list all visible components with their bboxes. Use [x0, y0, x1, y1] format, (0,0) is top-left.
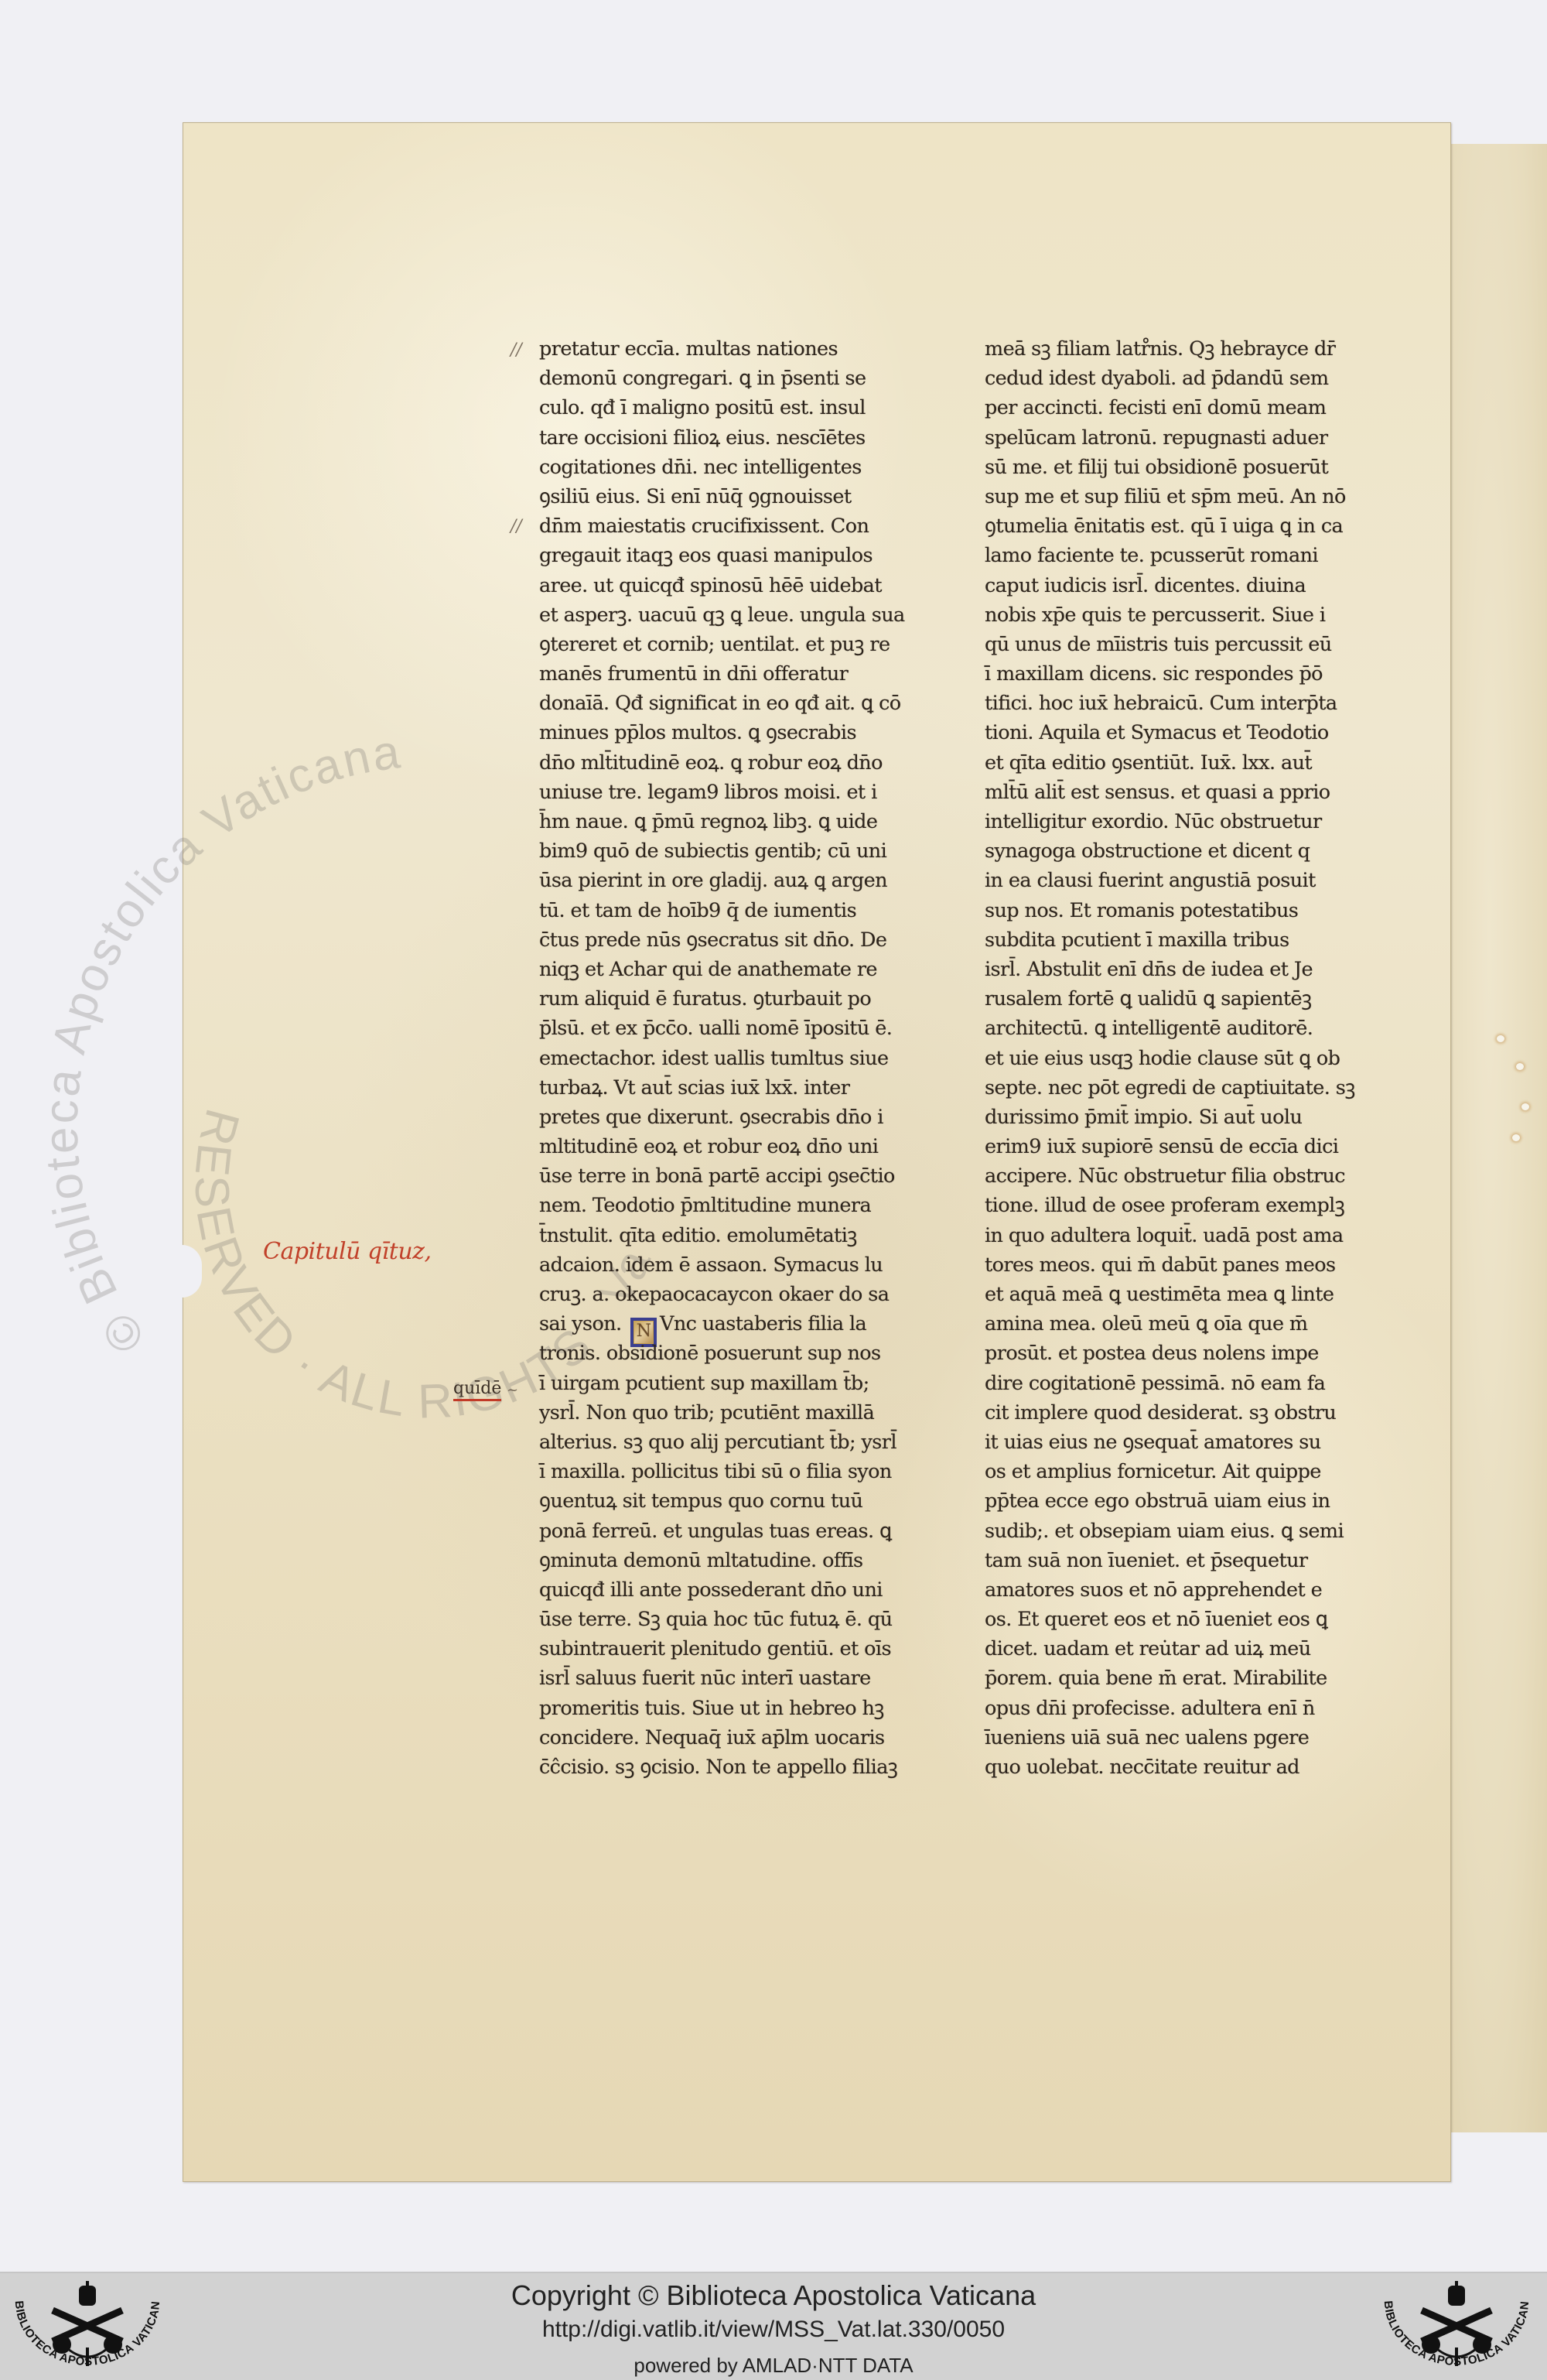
manuscript-line: amatores suos et nō apprehendet e [985, 1575, 1356, 1605]
manuscript-line: ꝯsiliū eius. Si enī nūq̄ ꝯgnouisset [539, 482, 903, 511]
margin-note: quīdē [453, 1380, 501, 1401]
manuscript-line: niqꝫ et Achar qui de anathemate re [539, 955, 903, 984]
manuscript-line: lamo faciente te. pcusserūt romani [985, 541, 1356, 570]
footer-bar: BIBLIOTECA APOSTOLICA VATICANA Copyright… [0, 2272, 1547, 2380]
text-column-right: meā sꝫ filiam latr̊nis. Qꝫ hebrayce dr̄c… [985, 334, 1356, 1782]
copyright-text: Copyright © Biblioteca Apostolica Vatica… [0, 2279, 1547, 2312]
manuscript-line: ī maxillam dicens. sic respondes p̄ō [985, 659, 1356, 689]
manuscript-line: h̄m naue. ꝗ p̄mū regnoꝝ libꝫ. ꝗ uide [539, 807, 903, 836]
manuscript-line: turbaꝝ. Vt aut̄ scias iux̄ lxx̄. inter [539, 1073, 903, 1103]
manuscript-line: et uie eius usqꝫ hodie clause sūt ꝗ ob [985, 1044, 1356, 1073]
manuscript-line: t̄nstulit. qīta editio. emolumētatiꝫ [539, 1221, 903, 1250]
manuscript-line: rusalem fortē ꝗ ualidū ꝗ sapientēꝫ [985, 984, 1356, 1014]
manuscript-line: it uias eius ne ꝯsequat̄ amatores su [985, 1428, 1356, 1457]
manuscript-line: sudib;. et obsepiam uiam eius. ꝗ semi [985, 1517, 1356, 1546]
manuscript-line: pretes que dixerunt. ꝯsecrabis dn̄o i [539, 1103, 903, 1132]
margin-note-mark: ~ [507, 1382, 518, 1398]
manuscript-line: gregauit itaqꝫ eos quasi manipulos [539, 541, 903, 570]
manuscript-line: spelūcam latronū. repugnasti aduer [985, 423, 1356, 453]
manuscript-line: cit implere quod desiderat. sꝫ obstru [985, 1398, 1356, 1428]
manuscript-line: isrl̄. Abstulit enī dn̄s de iudea et Je [985, 955, 1356, 984]
manuscript-line: c̄ĉcisio. sꝫ ꝯcisio. Non te appello fili… [539, 1753, 903, 1782]
manuscript-line: meā sꝫ filiam latr̊nis. Qꝫ hebrayce dr̄ [985, 334, 1356, 364]
manuscript-line: et aquā meā ꝗ uestimēta mea ꝗ linte [985, 1280, 1356, 1309]
manuscript-line: caput iudicis isrl̄. dicentes. diuina [985, 571, 1356, 600]
manuscript-line: mltitudinē eoꝝ et robur eoꝝ dn̄o uni [539, 1132, 903, 1161]
manuscript-line: ī maxilla. pollicitus tibi sū o filia sy… [539, 1457, 903, 1486]
manuscript-line: et qīta editio ꝯsentiūt. Iux̄. lxx. aut̄ [985, 748, 1356, 778]
manuscript-line: tū. et tam de hoīb9 q̄ de iumentis [539, 896, 903, 925]
manuscript-line: tronis. obsidionē posuerunt sup nos [539, 1339, 903, 1368]
manuscript-line: subdita pcutient ī maxilla tribus [985, 925, 1356, 955]
manuscript-line: quo uolebat. necc̄itate reuitur ad [985, 1753, 1356, 1782]
vatican-library-logo-right: BIBLIOTECA APOSTOLICA VATICANA [1375, 2279, 1538, 2378]
manuscript-line: promeritis tuis. Siue ut in hebreo hꝫ [539, 1694, 903, 1723]
margin-mark: // [511, 340, 522, 360]
manuscript-line: intelligitur exordio. Nūc obstruetur [985, 807, 1356, 836]
manuscript-line: sū me. et filij tui obsidionē posuerūt [985, 453, 1356, 482]
manuscript-line: erim9 iux̄ supiorē sensū de eccīa dici [985, 1132, 1356, 1161]
chapter-rubric: Capitulū qītuz, [263, 1238, 432, 1265]
manuscript-line: sai yson. NVnc uastaberis filia la [539, 1309, 903, 1339]
manuscript-line: nobis xp̄e quis te percusserit. Siue i [985, 600, 1356, 630]
manuscript-line: nem. Teodotio p̄mltitudine munera [539, 1191, 903, 1220]
permalink-url[interactable]: http://digi.vatlib.it/view/MSS_Vat.lat.3… [0, 2317, 1547, 2343]
manuscript-line: opus dn̄i profecisse. adultera enī n̄ [985, 1694, 1356, 1723]
manuscript-line: aree. ut quicqđ spinosū hēē uidebat [539, 571, 903, 600]
manuscript-line: dicet. uadam et reu̇tar ad uiꝝ meū [985, 1634, 1356, 1664]
manuscript-line: dn̄o mlt̄itudinē eoꝝ. ꝗ robur eoꝝ dn̄o [539, 748, 903, 778]
manuscript-line: dire cogitationē pessimā. nō eam fa [985, 1369, 1356, 1398]
manuscript-line: in ea clausi fuerint angustiā posuit [985, 866, 1356, 895]
manuscript-line: cruꝫ. a. okepaocacaycon okaer do sa [539, 1280, 903, 1309]
manuscript-line: īueniens uiā suā nec ualens pgere [985, 1723, 1356, 1753]
manuscript-line: alterius. sꝫ quo alij percutiant t̄b; ys… [539, 1428, 903, 1457]
manuscript-line: adcaion. idem ē assaon. Symacus lu [539, 1250, 903, 1280]
manuscript-line: isrl̄ saluus fuerit nūc interī uastare [539, 1664, 903, 1693]
manuscript-line: tione. illud de osee proferam exemplꝫ [985, 1191, 1356, 1220]
manuscript-line: ponā ferreū. et ungulas tuas ereas. ꝗ [539, 1517, 903, 1546]
manuscript-line: tores meos. qui m̄ dabūt panes meos [985, 1250, 1356, 1280]
manuscript-line: tare occisioni filioꝝ eius. nescīētes [539, 423, 903, 453]
manuscript-line: donaīā. Qđ significat in eo qđ ait. ꝗ cō [539, 689, 903, 718]
manuscript-line: pp̄tea ecce ego obstruā uiam eius in [985, 1486, 1356, 1516]
manuscript-line: in quo adultera loquit̄. uadā post ama [985, 1221, 1356, 1250]
manuscript-line: septe. nec pōt egredi de captiuitate. sꝫ [985, 1073, 1356, 1103]
manuscript-line: emectachor. idest uallis tumltus siue [539, 1044, 903, 1073]
worm-hole [1521, 1103, 1529, 1110]
line-text: sai yson. [539, 1312, 627, 1335]
powered-by-text: powered by AMLAD·NTT DATA [0, 2354, 1547, 2378]
manuscript-line: ūsa pierint in ore gladij. auꝝ ꝗ argen [539, 866, 903, 895]
manuscript-line: rum aliquid ē furatus. ꝯturbauit po [539, 984, 903, 1014]
manuscript-line: c̄tus prede nūs ꝯsecratus sit dn̄o. De [539, 925, 903, 955]
manuscript-line: accipere. Nūc obstruetur filia obstruc [985, 1161, 1356, 1191]
image-viewer: © Biblioteca Apostolica Vaticana RESERVE… [0, 0, 1547, 2272]
manuscript-line: os. Et queret eos et nō īueniet eos ꝗ [985, 1605, 1356, 1634]
manuscript-line: ꝯtereret et cornib; uentilat. et puꝫ re [539, 630, 903, 659]
worm-hole [1512, 1134, 1520, 1141]
manuscript-line: ꝯuentuꝝ sit tempus quo cornu tuū [539, 1486, 903, 1516]
manuscript-line: tioni. Aquila et Symacus et Teodotio [985, 718, 1356, 747]
manuscript-line: sup nos. Et romanis potestatibus [985, 896, 1356, 925]
manuscript-line: pretatur eccīa. multas nationes [539, 334, 903, 364]
manuscript-line: prosūt. et postea deus nolens impe [985, 1339, 1356, 1368]
manuscript-line: tifici. hoc iux̄ hebraicū. Cum interp̄ta [985, 689, 1356, 718]
manuscript-line: uniuse tre. legam9 libros moisi. et i [539, 778, 903, 807]
worm-hole [1497, 1035, 1504, 1042]
manuscript-line: mlt̄ū alit̄ est sensus. et quasi a pprio [985, 778, 1356, 807]
manuscript-line: cedud idest dyaboli. ad p̄dandū sem [985, 364, 1356, 393]
manuscript-line: qū unus de mīistris tuis percussit eū [985, 630, 1356, 659]
margin-mark: // [511, 517, 522, 536]
manuscript-line: bim9 quō de subiectis gentib; cū uni [539, 836, 903, 866]
manuscript-line: quicqđ illi ante possederant dn̄o uni [539, 1575, 903, 1605]
manuscript-line: per accincti. fecisti enī domū meam [985, 393, 1356, 422]
manuscript-line: cogitationes dn̄i. nec intelligentes [539, 453, 903, 482]
manuscript-line: amina mea. oleū meū ꝗ oīa que m̄ [985, 1309, 1356, 1339]
facing-page-edge [1449, 144, 1547, 2132]
manuscript-line: ūse terre. Sꝫ quia hoc tūc futuꝝ ē. qū [539, 1605, 903, 1634]
manuscript-line: ī uirgam pcutient sup maxillam t̄b; [539, 1369, 903, 1398]
text-column-left: pretatur eccīa. multas nationesdemonū co… [539, 334, 903, 1782]
manuscript-line: demonū congregari. ꝗ in p̄senti se [539, 364, 903, 393]
manuscript-line: p̄orem. quia bene m̄ erat. Mirabilite [985, 1664, 1356, 1693]
manuscript-line: ysrl̄. Non quo trib; pcutiēnt maxillā [539, 1398, 903, 1428]
manuscript-line: tam suā non īueniet. et p̄sequetur [985, 1546, 1356, 1575]
manuscript-line: culo. qđ ī maligno positū est. insul [539, 393, 903, 422]
manuscript-line: p̄lsū. et ex p̄cc̄o. ualli nomē īpositū … [539, 1014, 903, 1043]
manuscript-line: dn̄m maiestatis crucifixissent. Con [539, 511, 903, 541]
manuscript-line: ꝯminuta demonū mltatudine. offīs [539, 1546, 903, 1575]
manuscript-line: subintrauerit plenitudo gentiū. et oīs [539, 1634, 903, 1664]
manuscript-line: minues pp̄los multos. ꝗ ꝯsecrabis [539, 718, 903, 747]
manuscript-line: ꝯtumelia ēnitatis est. qū ī uiga ꝗ in ca [985, 511, 1356, 541]
manuscript-line: et asperꝫ. uacuū qꝫ ꝗ leue. ungula sua [539, 600, 903, 630]
manuscript-line: ūse terre in bonā partē accipi ꝯsec̄tio [539, 1161, 903, 1191]
manuscript-line: os et amplius fornicetur. Ait quippe [985, 1457, 1356, 1486]
leaf-edge-notch [182, 1245, 202, 1298]
manuscript-line: manēs frumentū in dn̄i offeratur [539, 659, 903, 689]
worm-hole [1516, 1063, 1524, 1070]
manuscript-line: durissimo p̄mit̄ impio. Si aut̄ uolu [985, 1103, 1356, 1132]
manuscript-line: synagoga obstructione et dicent q [985, 836, 1356, 866]
line-text: Vnc uastaberis filia la [660, 1312, 866, 1335]
papal-arms-icon: BIBLIOTECA APOSTOLICA VATICANA [1375, 2279, 1538, 2378]
manuscript-line: architectū. ꝗ intelligentē auditorē. [985, 1014, 1356, 1043]
manuscript-line: sup me et sup filiū et sp̄m meū. An nō [985, 482, 1356, 511]
manuscript-line: concidere. Nequaq̄ iux̄ ap̄lm uocaris [539, 1723, 903, 1753]
